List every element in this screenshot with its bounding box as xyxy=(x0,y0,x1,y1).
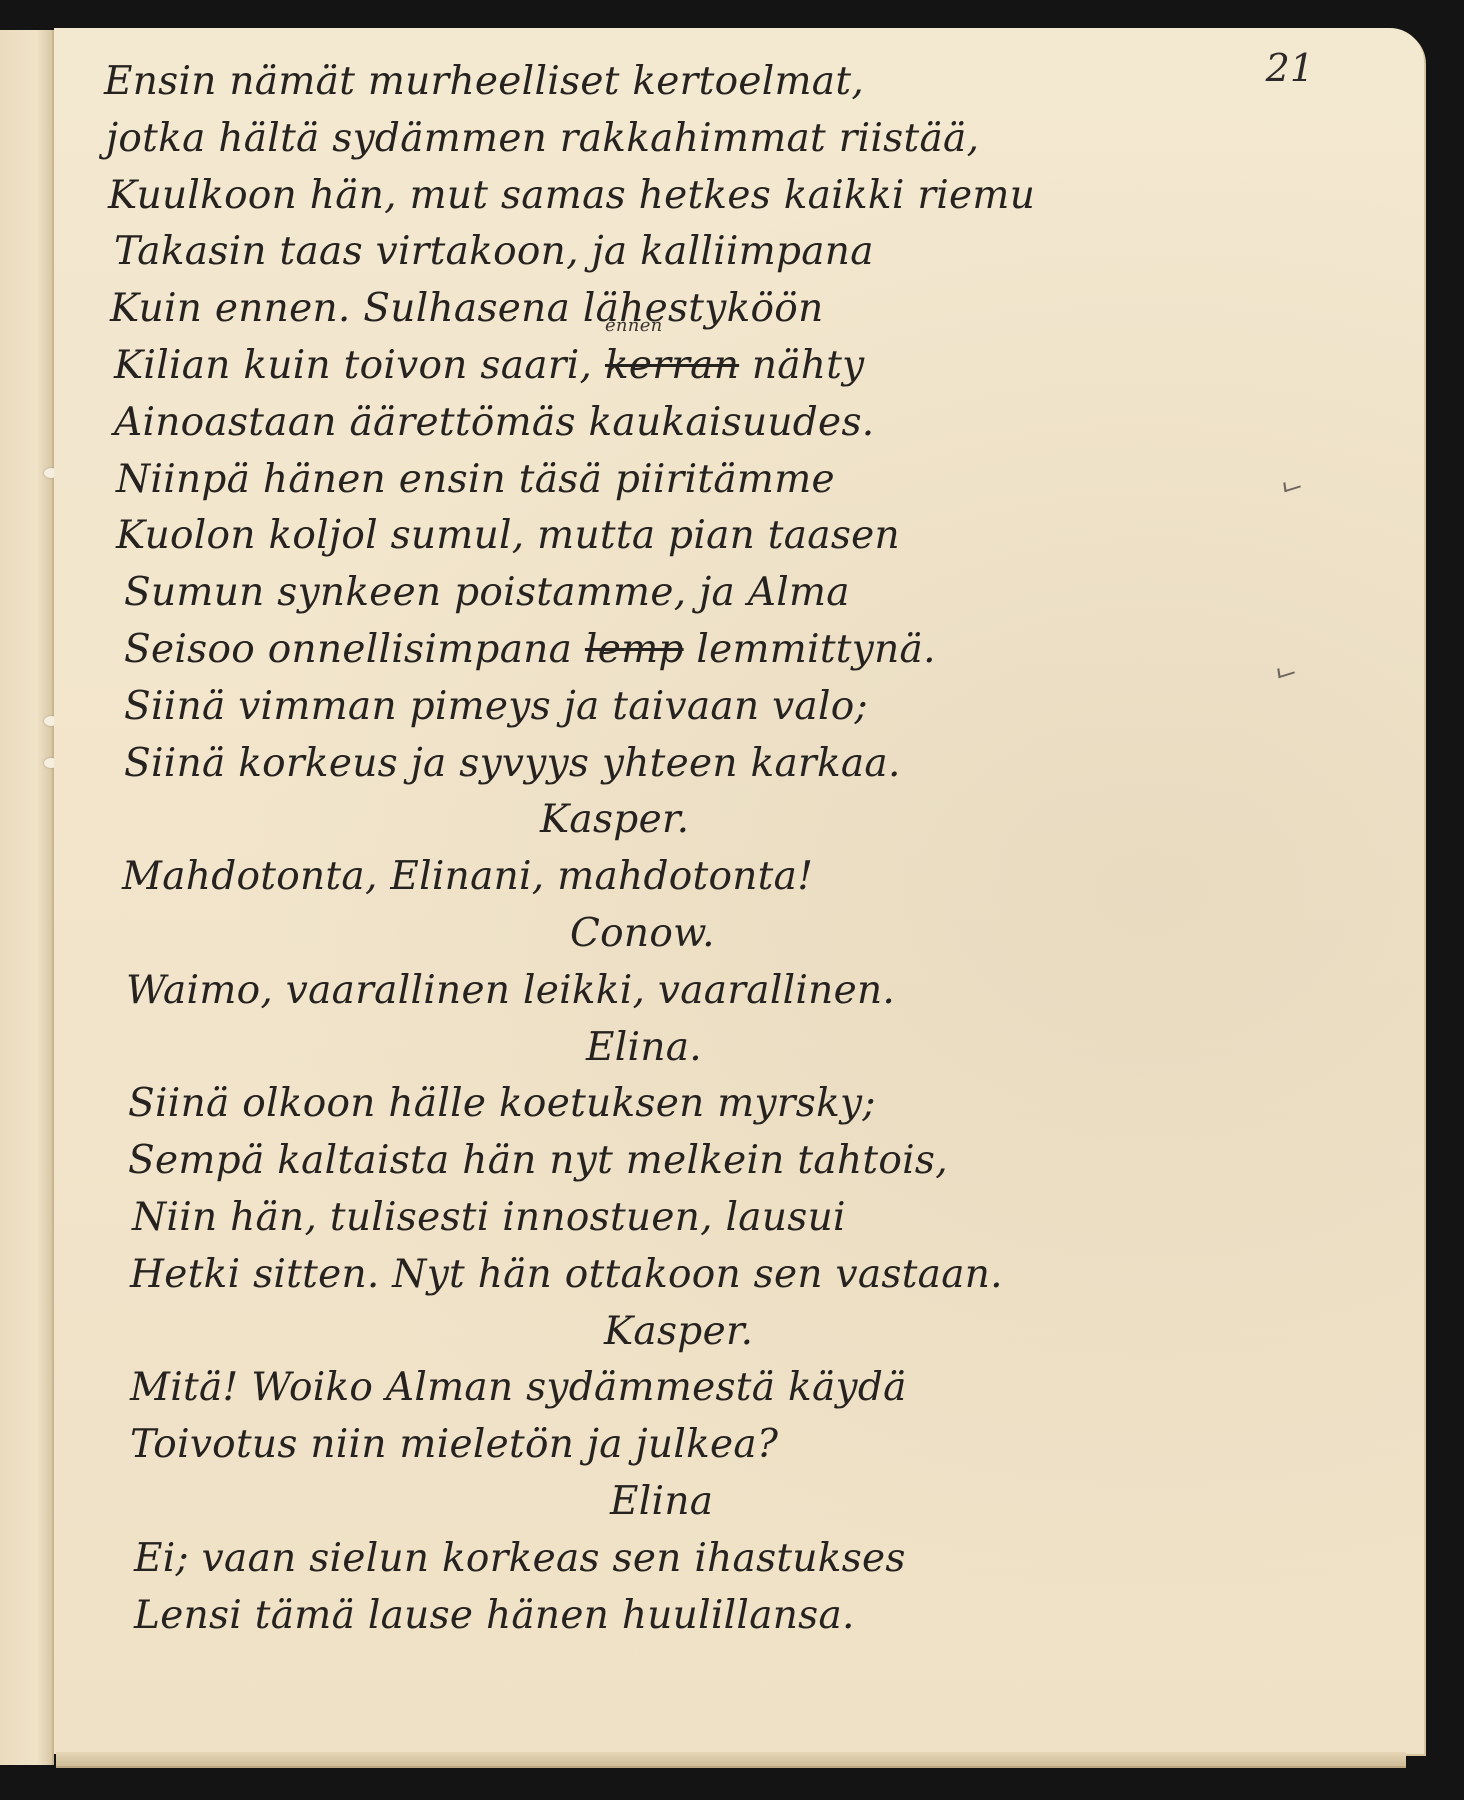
speaker-name: Elina. xyxy=(104,1020,1214,1077)
speaker-name: Elina xyxy=(104,1474,1214,1531)
verse-line: Siinä olkoon hälle koetuksen myrsky; xyxy=(104,1076,1214,1133)
verse-line: Ensin nämät murheelliset kertoelmat, xyxy=(104,54,1214,111)
inserted-word: ennen xyxy=(605,316,663,336)
verse-text: nähty xyxy=(752,343,865,388)
verse-line-with-correction: Seisoo onnellisimpana lemp lemmittynä. xyxy=(104,622,1214,679)
verse-line: jotka hältä sydämmen rakkahimmat riistää… xyxy=(104,111,1214,168)
speaker-name: Kasper. xyxy=(104,1304,1214,1361)
margin-check-mark-icon xyxy=(1283,478,1301,492)
verse-line: Niin hän, tulisesti innostuen, lausui xyxy=(104,1190,1214,1247)
speaker-name: Conow. xyxy=(104,906,1214,963)
verse-line: Lensi tämä lause hänen huulillansa. xyxy=(104,1588,1214,1645)
manuscript-text: Ensin nämät murheelliset kertoelmat, jot… xyxy=(104,54,1214,1644)
verse-line: Sumun synkeen poistamme, ja Alma xyxy=(104,565,1214,622)
verse-line: Sempä kaltaista hän nyt melkein tahtois, xyxy=(104,1133,1214,1190)
page-stack-edge xyxy=(56,1752,1406,1768)
struck-word: kerran xyxy=(605,343,739,388)
verse-line: Ainoastaan äärettömäs kaukaisuudes. xyxy=(104,395,1214,452)
verse-line: Toivotus niin mieletön ja julkea? xyxy=(104,1417,1214,1474)
verse-line: Siinä vimman pimeys ja taivaan valo; xyxy=(104,679,1214,736)
verse-line: Ei; vaan sielun korkeas sen ihastukses xyxy=(104,1531,1214,1588)
verse-line: Waimo, vaarallinen leikki, vaarallinen. xyxy=(104,963,1214,1020)
verse-line: Hetki sitten. Nyt hän ottakoon sen vasta… xyxy=(104,1247,1214,1304)
speaker-name: Kasper. xyxy=(104,792,1214,849)
verse-line: Mahdotonta, Elinani, mahdotonta! xyxy=(104,849,1214,906)
verse-line: Mitä! Woiko Alman sydämmestä käydä xyxy=(104,1360,1214,1417)
verse-line: Takasin taas virtakoon, ja kalliimpana xyxy=(104,224,1214,281)
verse-text: Kilian kuin toivon saari, xyxy=(114,343,592,388)
struck-word: lemp xyxy=(585,627,684,672)
facing-page-edge xyxy=(0,30,54,1765)
verse-line: Kuulkoon hän, mut samas hetkes kaikki ri… xyxy=(104,168,1214,225)
verse-text: Seisoo onnellisimpana xyxy=(124,627,572,672)
manuscript-page: 21 Ensin nämät murheelliset kertoelmat, … xyxy=(54,28,1424,1754)
verse-line: Siinä korkeus ja syvyys yhteen karkaa. xyxy=(104,736,1214,793)
verse-text: lemmittynä. xyxy=(696,627,935,672)
margin-check-mark-icon xyxy=(1277,664,1295,678)
page-number: 21 xyxy=(1266,46,1314,90)
correction: ennen kerran xyxy=(605,338,739,395)
verse-line-with-correction: Kilian kuin toivon saari, ennen kerran n… xyxy=(104,338,1214,395)
verse-line: Kuolon koljol sumul, mutta pian taasen xyxy=(104,508,1214,565)
verse-line: Niinpä hänen ensin täsä piiritämme xyxy=(104,452,1214,509)
